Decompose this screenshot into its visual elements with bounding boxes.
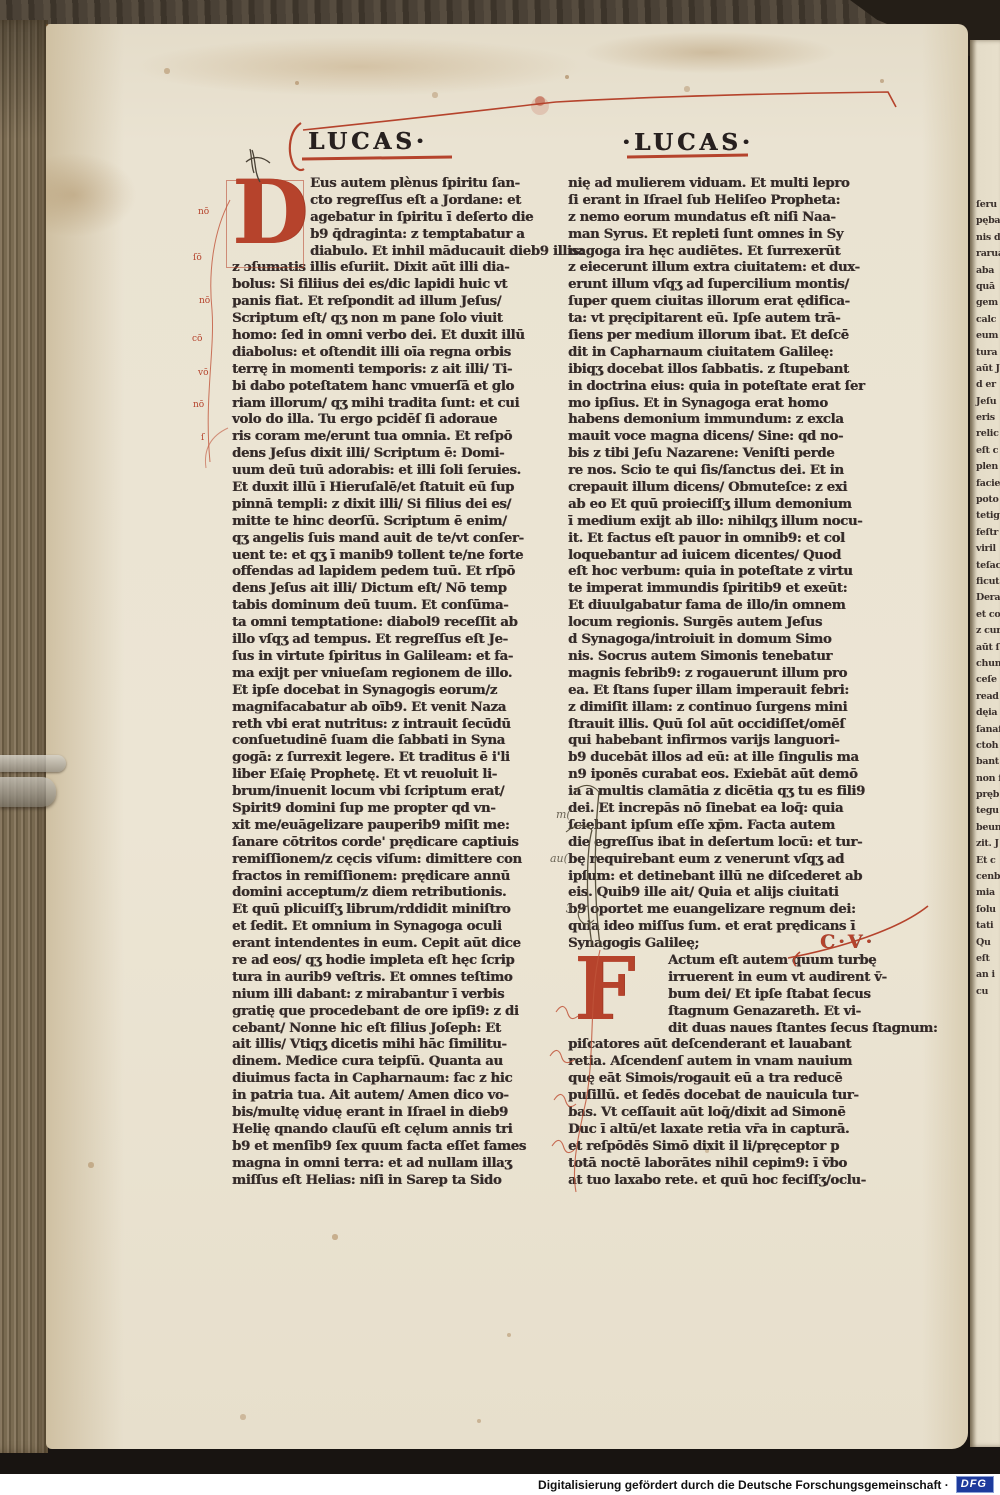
text-line: volo do illa. Tu ergo pcidēſ ſi adoraue xyxy=(232,412,552,429)
text-line: erunt illum vſqʒ ad ſupercilium montis/ xyxy=(568,277,898,294)
text-line: re nos. Scio te qui ſis/ſanctus dei. Et … xyxy=(568,463,898,480)
text-line: re ad eos/ qʒ hodie impleta eſt hęc ſcri… xyxy=(232,953,552,970)
text-line: z nemo eorum mundatus eſt niſi Naa- xyxy=(568,210,898,227)
text-line: liber Eſaię Prophetę. Et vt reuoluit li- xyxy=(232,767,552,784)
text-line: bolus: Si filiius dei es/dic lapidi huic… xyxy=(232,277,552,294)
text-line: ī medium exijt ab illo: nihilqʒ illum no… xyxy=(568,514,898,531)
text-line: dit in Capharnaum ciuitatem Galileę: xyxy=(568,345,898,362)
initial-letter: F xyxy=(574,947,635,1033)
text-line: bis/multę viduę erant in Iſrael in dieb9 xyxy=(232,1105,552,1122)
text-line: habens demonium immundum: z excla xyxy=(568,412,898,429)
text-line: uum deū tuū adorabis: et illi ſoli ſerui… xyxy=(232,463,552,480)
edge-text-line: relic xyxy=(970,426,1000,442)
text-line: b9 oportet me euangelizare regnum dei: xyxy=(568,902,898,919)
text-line: magnis febrib9: z rogauerunt illum pro xyxy=(568,666,898,683)
text-line: Et ipſe docebat in Synagogis eorum/z xyxy=(232,683,552,700)
facing-page-sliver: ſerupębanis draruaabaquāgemcalceumturaaū… xyxy=(970,40,1000,1447)
edge-text-line: z cur xyxy=(970,623,1000,639)
text-line: Et duxit illū ī Hieruſalē/et ſtatuit eū … xyxy=(232,480,552,497)
edge-text-line: rarua xyxy=(970,246,1000,262)
text-line: die egreſſus ibat in deſertum locū: et t… xyxy=(568,835,898,852)
text-line: uent te: et qʒ ī manib9 tollent te/ne fo… xyxy=(232,548,552,565)
text-line: nium illi dabant: z mirabantur ī verbis xyxy=(232,987,552,1004)
text-line: loquebantur ad iuicem dicentes/ Quod xyxy=(568,548,898,565)
text-line: ſtrauit illis. Quū ſol aūt occidiſſet/om… xyxy=(568,717,898,734)
text-column-right: nię ad mulierem viduam. Et multi leproſi… xyxy=(568,176,898,1189)
text-line: diabolus: et oſtendit illi oīa regna orb… xyxy=(232,345,552,362)
text-line: ris coram me/erunt tua omnia. Et reſpō xyxy=(232,429,552,446)
text-line: locum regionis. Surgēs autem Jeſus xyxy=(568,615,898,632)
edge-text-line: plen xyxy=(970,459,1000,475)
text-line: illo vſqʒ ad tempus. Et regreſſus eſt Je… xyxy=(232,632,552,649)
text-line: ta: vt pręcipitarent eū. Ipſe autem trā- xyxy=(568,311,898,328)
text-line: miſſus eſt Helias: niſi in Sarep ta Sido xyxy=(232,1173,552,1190)
text-line: ibiqʒ docebat illos ſabbatis. z ſtupeban… xyxy=(568,362,898,379)
text-line: erant intendentes in eum. Cepit aūt dice xyxy=(232,936,552,953)
edge-text-line: poto xyxy=(970,492,1000,508)
edge-text-line: viril xyxy=(970,541,1000,557)
clip-arm xyxy=(0,777,56,807)
text-line: b9 ducebāt illos ad eū: at ille ſingulis… xyxy=(568,750,898,767)
text-line: riam illorum/ qʒ mihi tradita ſunt: et c… xyxy=(232,396,552,413)
text-line: in doctrina eius: quia in poteſtate erat… xyxy=(568,379,898,396)
foxing-stains xyxy=(46,24,48,26)
text-line: eis. Quib9 ille ait/ Quia et alijs ciuit… xyxy=(568,885,898,902)
initial-letter: D xyxy=(232,168,308,256)
edge-text-line: dęia xyxy=(970,705,1000,721)
text-column-left: D Eus autem plènus ſpiritu ſan-cto regre… xyxy=(232,176,552,1189)
text-line: Et quū plicuiſſʒ librum/rddidit miniſtro xyxy=(232,902,552,919)
edge-text-line: tetig xyxy=(970,508,1000,524)
text-line: Spirit9 domini ſup me propter qd vn- xyxy=(232,801,552,818)
edge-text-line: facie xyxy=(970,476,1000,492)
text-line: ſciebant ipſum eſſe xp̄m. Facta autem xyxy=(568,818,898,835)
column-lines: nię ad mulierem viduam. Et multi leproſi… xyxy=(568,176,898,953)
text-line: homo: ſed in omni verbo dei. Et duxit il… xyxy=(232,328,552,345)
edge-text-line: Dera xyxy=(970,590,1000,606)
edge-text-line: ſeru xyxy=(970,197,1000,213)
text-line: retia. Aſcendenſ autem in vnam nauium xyxy=(568,1054,898,1071)
text-line: domini acceptum/z diem retributionis. xyxy=(232,885,552,902)
text-line: ipſum: et detinebant illū ne diſcederet … xyxy=(568,869,898,886)
text-line: in patria tua. Ait autem/ Amen dico vo- xyxy=(232,1088,552,1105)
page-holder-clip xyxy=(0,753,70,811)
text-line: ſus in virtute ſpiritus in Galileam: et … xyxy=(232,649,552,666)
text-line: z eiecerunt illum extra ciuitatem: et du… xyxy=(568,260,898,277)
text-line: dei. Et increpās nō ſinebat ea loq̄: qui… xyxy=(568,801,898,818)
text-line: ſiens per medium illorum ibat. Et deſcē xyxy=(568,328,898,345)
edge-text-line: gem xyxy=(970,295,1000,311)
running-header-left: LUCAS· xyxy=(308,128,428,155)
text-line: gratię que procedebant de ore ipſi9: z d… xyxy=(232,1004,552,1021)
text-line: qʒ angelis ſuis mand auit de te/vt conſe… xyxy=(232,531,552,548)
edge-text-line: ſolu xyxy=(970,902,1000,918)
decorated-initial-f: F xyxy=(568,953,668,1021)
text-line: ab eo Et quū proieciſſʒ illum demonium xyxy=(568,497,898,514)
text-line: tabis dominum deū tuum. Et conſūma- xyxy=(232,598,552,615)
edge-text-line: pęba xyxy=(970,213,1000,229)
text-line: quę eāt Simois/rogauit eū a tra reducē xyxy=(568,1071,898,1088)
running-header-right: ·LUCAS· xyxy=(622,129,754,156)
chapter-marker: C·V· xyxy=(820,931,875,953)
text-line: nagoga ira hęc audiētes. Et ſurrexerūt xyxy=(568,244,898,261)
text-line: bas. Vt ceſſauit aūt loq̄/dixit ad Simon… xyxy=(568,1105,898,1122)
edge-text-line: ſanaſ xyxy=(970,722,1000,738)
edge-text-line: read xyxy=(970,689,1000,705)
edge-text-line: zit. J xyxy=(970,836,1000,852)
edge-text-line: teſac xyxy=(970,558,1000,574)
text-line: mo ipſius. Et in Synagoga erat homo xyxy=(568,396,898,413)
text-line: ta omni temptatione: diabol9 receſſit ab xyxy=(232,615,552,632)
text-line: bis z tibi Jeſu Nazarene: Veniſti perde xyxy=(568,446,898,463)
text-line: b9 et menſib9 ſex quum facta eſſet fames xyxy=(232,1139,552,1156)
text-line: xit me/euāgelizare pauperib9 miſit me: xyxy=(232,818,552,835)
clip-arm xyxy=(0,755,66,772)
text-line: d Synagoga/introiuit in domum Simo xyxy=(568,632,898,649)
text-line: panis fiat. Et reſpondit ad illum Jeſus/ xyxy=(232,294,552,311)
edge-text-line: chum xyxy=(970,656,1000,672)
text-line: n9 iponēs curabat eos. Exiebāt aūt demō xyxy=(568,767,898,784)
edge-text-line: ctoh xyxy=(970,738,1000,754)
edge-text-line: nis d xyxy=(970,230,1000,246)
edge-text-line: eris xyxy=(970,410,1000,426)
text-line: bę requirebant eum z venerunt vſqʒ ad xyxy=(568,852,898,869)
text-line: ia a multis clamātia z dicētia qʒ tu es … xyxy=(568,784,898,801)
edge-text-line: eſt c xyxy=(970,443,1000,459)
text-line: tura in aurib9 veſtris. Et omnes teſtimo xyxy=(232,970,552,987)
edge-text-line: quā xyxy=(970,279,1000,295)
edge-text-line: Et c xyxy=(970,853,1000,869)
edge-text-line: eſt xyxy=(970,951,1000,967)
edge-text-line: feſtr xyxy=(970,525,1000,541)
edge-text-line: Jeſu xyxy=(970,394,1000,410)
dfg-logo: DFG xyxy=(956,1476,994,1493)
text-line: offendas ad lapidem pedem tuū. Et rſpō xyxy=(232,564,552,581)
text-line: it. Et factus eſt pauor in omnib9: et co… xyxy=(568,531,898,548)
text-line: ait illis/ Vtiqʒ dicetis mihi hāc ſimili… xyxy=(232,1037,552,1054)
edge-text-line: beun xyxy=(970,820,1000,836)
edge-text-line: eum xyxy=(970,328,1000,344)
text-line: remiſſionem/z cęcis viſum: dimittere con xyxy=(232,852,552,869)
text-line: Et diuulgabatur fama de illo/in omnem xyxy=(568,598,898,615)
text-line: eſt hoc verbum: quia in poteſtate z virt… xyxy=(568,564,898,581)
edge-text-line: tegu xyxy=(970,803,1000,819)
text-line: Helię qnando clauſū eſt cęlum annis tri xyxy=(232,1122,552,1139)
edge-text-line: ficut xyxy=(970,574,1000,590)
text-line: ſuper quem ciuitas illorum erat ędifica- xyxy=(568,294,898,311)
edge-text-line: aūt J xyxy=(970,361,1000,377)
text-line: ea. Et ſtans ſuper illam imperauit febri… xyxy=(568,683,898,700)
text-line: conſuetudinē ſuam die ſabbati in Syna xyxy=(232,733,552,750)
text-line: fractos in remiſſionem: prędicare annū xyxy=(232,869,552,886)
text-line: ſanare cōtritos corde' prędicare captiui… xyxy=(232,835,552,852)
text-line: nis. Socrus autem Simonis tenebatur xyxy=(568,649,898,666)
text-line: dens Jeſus dixit illi/ Scriptum ē: Domi- xyxy=(232,446,552,463)
text-line: cebant/ Nonne hic eſt filius Joſeph: Et xyxy=(232,1021,552,1038)
credit-text: Digitalisierung gefördert durch die Deut… xyxy=(538,1478,949,1492)
text-line: bi dabo poteſtatem hanc vmuerſā et glo xyxy=(232,379,552,396)
facing-page-text: ſerupębanis draruaabaquāgemcalceumturaaū… xyxy=(970,197,1000,1000)
text-line: gogā: z ſurrexit legere. Et traditus ē i… xyxy=(232,750,552,767)
text-line: et ſedit. Et omnium in Synagoga oculi xyxy=(232,919,552,936)
digitized-manuscript-page: ſerupębanis draruaabaquāgemcalceumturaaū… xyxy=(0,0,1000,1495)
text-line: brum/inuenit locum vbi ſcriptum erat/ xyxy=(232,784,552,801)
digitization-credit-strip: Digitalisierung gefördert durch die Deut… xyxy=(0,1474,1000,1495)
column-lines: Eus autem plènus ſpiritu ſan-cto regreſſ… xyxy=(232,176,552,1189)
text-line: terrę in momenti temporis: z ait illi/ T… xyxy=(232,362,552,379)
edge-text-line: calc xyxy=(970,312,1000,328)
edge-text-line: tati xyxy=(970,918,1000,934)
text-line: te imperat immundis ſpiritib9 et exeūt: xyxy=(568,581,898,598)
edge-text-line: d er xyxy=(970,377,1000,393)
text-line: magnifacabatur ab oīb9. Et venit Naza xyxy=(232,700,552,717)
edge-text-line: cu xyxy=(970,984,1000,1000)
text-line: puſillū. et ſedēs docebat de nauicula tu… xyxy=(568,1088,898,1105)
book-top-edge xyxy=(0,0,1000,26)
text-line: Duc ī altū/et laxate retia vr̄a in captu… xyxy=(568,1122,898,1139)
text-line: ma exijt per vniueſam regionem de illo. xyxy=(232,666,552,683)
text-line: mauit voce magna dicens/ Sine: qd no- xyxy=(568,429,898,446)
text-line: dens Jeſus ait illi/ Dictum eſt/ Nō temp xyxy=(232,581,552,598)
text-line: diuimus facta in Capharnaum: fac z hic xyxy=(232,1071,552,1088)
text-line: et reſpōdēs Simō dixit il li/pręceptor p xyxy=(568,1139,898,1156)
edge-text-line: et co xyxy=(970,607,1000,623)
text-line: man Syrus. Et repleti ſunt omnes in Sy xyxy=(568,227,898,244)
edge-text-line: cenb xyxy=(970,869,1000,885)
text-line: qui habebant infirmos varijs languori- xyxy=(568,733,898,750)
text-line: Scriptum eſt/ qʒ non m pane ſolo viuit xyxy=(232,311,552,328)
edge-text-line: ceſe xyxy=(970,672,1000,688)
text-line: pinnā templi: z dixit illi/ Si filius de… xyxy=(232,497,552,514)
text-line: ſi erant in Iſrael ſub Heliſeo Propheta: xyxy=(568,193,898,210)
text-line: nię ad mulierem viduam. Et multi lepro xyxy=(568,176,898,193)
text-line: totā noctē laborātes nihil cepim9: ī v̄b… xyxy=(568,1156,898,1173)
edge-text-line: non ſ xyxy=(970,771,1000,787)
text-line: mitte te hinc deorſū. Scriptum ē enim/ xyxy=(232,514,552,531)
edge-text-line: pręb xyxy=(970,787,1000,803)
text-line: magna in omni terra: et ad nullam illaʒ xyxy=(232,1156,552,1173)
edge-text-line: an i xyxy=(970,967,1000,983)
text-line: crepauit illum dicens/ Obmuteſce: z exi xyxy=(568,480,898,497)
decorated-initial-d: D xyxy=(232,176,310,244)
fore-edge-page-stack xyxy=(0,20,48,1453)
edge-text-line: aūt ſ xyxy=(970,640,1000,656)
edge-text-line: bant xyxy=(970,754,1000,770)
edge-text-line: Qu xyxy=(970,935,1000,951)
text-line: at tuo laxabo rete. et quū hoc feciſſʒ/o… xyxy=(568,1173,898,1190)
text-line: z dimiſit illam: z continuo ſurgens mini xyxy=(568,700,898,717)
edge-text-line: tura xyxy=(970,345,1000,361)
edge-text-line: aba xyxy=(970,263,1000,279)
text-line: dinem. Medice cura teipſū. Quanta au xyxy=(232,1054,552,1071)
text-line: reth vbi erat nutritus: z intrauit ſecūd… xyxy=(232,717,552,734)
edge-text-line: mia xyxy=(970,885,1000,901)
